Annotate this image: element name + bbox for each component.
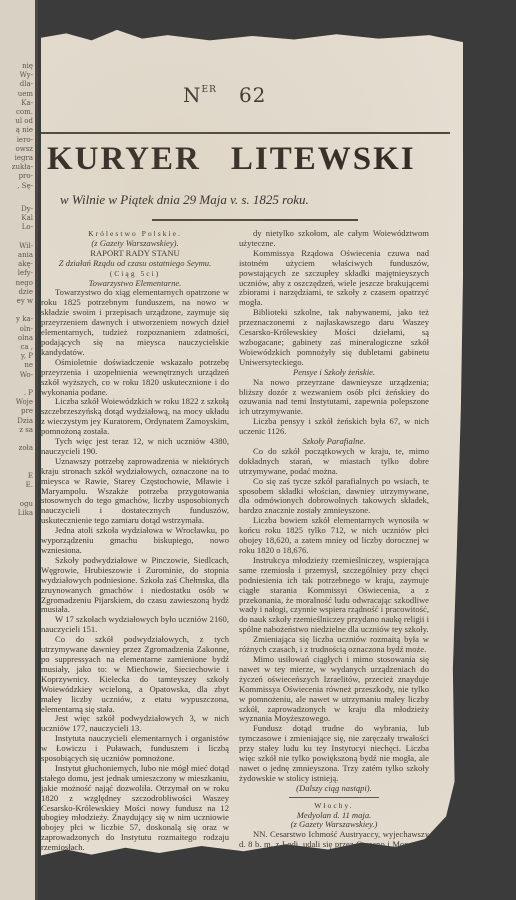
paragraph: Kommissya Rządowa Oświecenia czuwa nad i…: [239, 249, 429, 308]
dateline: w Wilnie w Piątek dnia 29 Maja v. s. 182…: [60, 192, 309, 208]
paragraph: W 17 szkołach wydziałowych było uczniów …: [41, 615, 229, 635]
paragraph: Na nowo przeyrzane dawnieysze urządzenia…: [239, 378, 429, 418]
title-part-2: LITEWSKI: [231, 141, 416, 177]
paragraph: Instytut głuchoniemych, lubo nie mógł mi…: [41, 764, 229, 853]
issue-number-value: 62: [239, 83, 266, 107]
previous-page-edge: nię Wy- dla- uem Ka- com. ul od ą nie ie…: [0, 0, 38, 900]
paragraph: Tych więc jest teraz 12, w nich uczniów …: [41, 437, 229, 457]
masthead: NER 62 KURYERLITEWSKI w Wilnie w Piątek …: [41, 16, 463, 216]
paragraph: Instrukcya młodzieży rzemieślniczey, wsp…: [239, 556, 429, 635]
article-subhead: Z działań Rządu od czasu ostatniego Seym…: [41, 259, 229, 269]
paragraph: Towarzystwo do xiąg elementarnych opatrz…: [41, 288, 229, 357]
newspaper-page: NER 62 KURYERLITEWSKI w Wilnie w Piątek …: [41, 16, 463, 886]
paragraph: Uznawszy potrzebę zaprowadzenia w niektó…: [41, 457, 229, 526]
continued-note: (Dalszy ciąg nastąpi).: [239, 784, 429, 794]
previous-page-text-mid: Dy- Kal Lo- Wil- ania akę- lefy- nego dz…: [16, 205, 33, 518]
paragraph: Co do szkół początkowych w kraju, te, mi…: [239, 447, 429, 477]
left-paragraphs: Towarzystwo do xiąg elementarnych opatrz…: [41, 288, 229, 882]
right-column: dy nietylko szkołom, ale całym Woiewództ…: [239, 229, 429, 860]
paragraph: Usilnych dokładano starań o pomnażanie w…: [41, 853, 229, 883]
previous-page-text-top: nię Wy- dla- uem Ka- com. ul od ą nie ie…: [12, 62, 33, 191]
right-paragraphs-a: dy nietylko szkołom, ale całym Woiewództ…: [239, 229, 429, 368]
masthead-rule-top: [41, 132, 450, 134]
paragraph: Fundusz dotąd trudne do wybrania, lub ty…: [239, 724, 429, 783]
paragraph: Ośmioletnie doświadczenie wskazało potrz…: [41, 358, 229, 398]
paragraph: Co się zaś tycze szkół parafialnych po w…: [239, 477, 429, 517]
section-divider: [289, 797, 379, 798]
issue-sup: ER: [202, 85, 217, 95]
right-paragraphs-b: Na nowo przeyrzane dawnieysze urządzenia…: [239, 378, 429, 437]
left-column: Królestwo Polskie. (z Gazety Warszawskie…: [41, 229, 229, 883]
paragraph: Szkoły podwydziałowe w Pinczowie, Siedlc…: [41, 556, 229, 615]
paragraph: Liczba szkół Woiewódzkich w roku 1822 z …: [41, 397, 229, 437]
issue-prefix: N: [183, 83, 202, 107]
title-part-1: KURYER: [47, 141, 201, 177]
paragraph: Co do szkół podwydziałowych, z tych utrz…: [41, 635, 229, 714]
issue-number: NER 62: [183, 83, 266, 107]
paragraph: Jest więc szkół podwydziałowych 3, w nic…: [41, 714, 229, 734]
foreign-paragraph: NN. Cesarstwo Ichmość Austryaccy, wyjech…: [239, 830, 429, 860]
paragraph: Instytuta nauczycieli elementarnych i or…: [41, 734, 229, 764]
newspaper-title: KURYERLITEWSKI: [47, 141, 416, 178]
paragraph: Biblioteki szkolne, tak nabywanemi, jako…: [239, 308, 429, 367]
right-paragraphs-c: Co do szkół początkowych w kraju, te, mi…: [239, 447, 429, 784]
paragraph: dy nietylko szkołom, ale całym Woiewództ…: [239, 229, 429, 249]
paragraph: Liczba bowiem szkół elementarnych wynosi…: [239, 516, 429, 556]
paragraph: Zmieniająca się liczba uczniów rozmaitą …: [239, 635, 429, 655]
masthead-rule-bottom: [152, 219, 358, 221]
paragraph: Mimo usiłowań ciągłych i mimo stosowania…: [239, 655, 429, 724]
paragraph: Jedna atoli szkoła wydziałowa w Wrocławk…: [41, 526, 229, 556]
paragraph: Liczba pensyy i szkół żeńskich była 67, …: [239, 417, 429, 437]
page-gutter: [35, 0, 38, 900]
